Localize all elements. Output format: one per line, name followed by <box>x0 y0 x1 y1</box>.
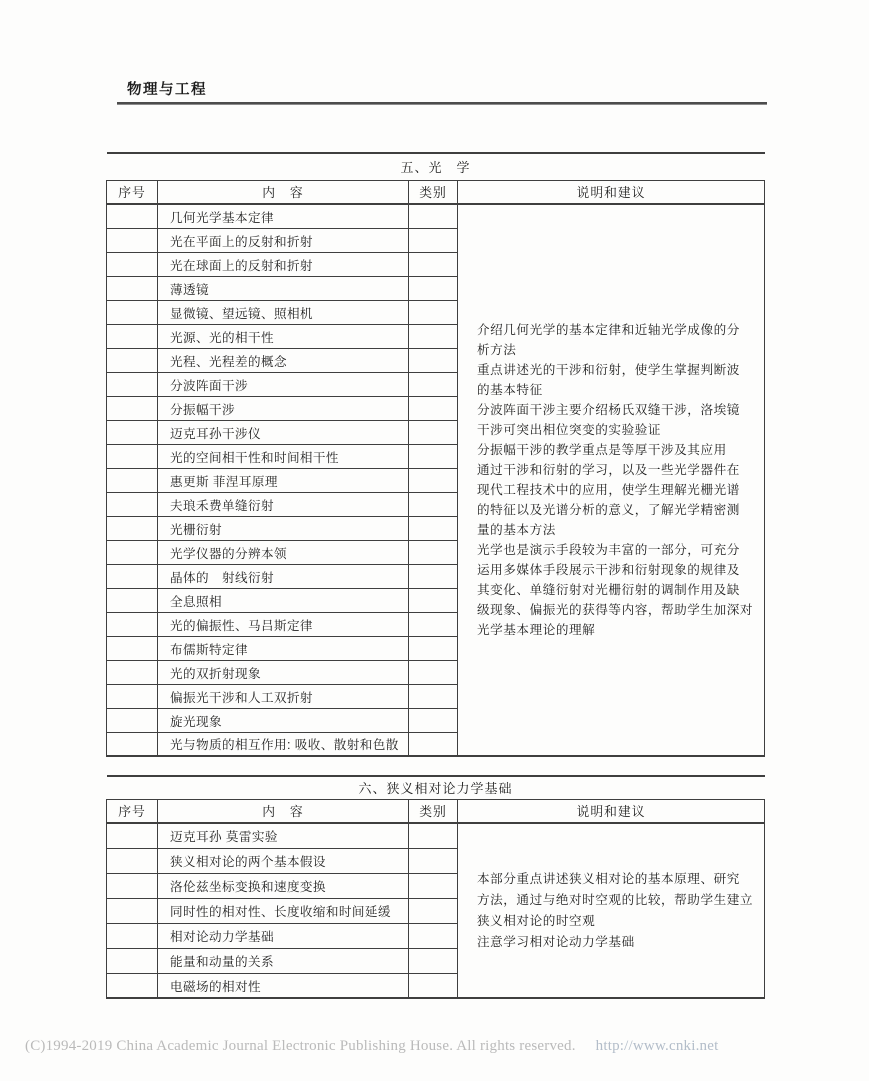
column-header-index: 序号 <box>107 180 158 204</box>
category-cell <box>409 372 458 396</box>
category-cell <box>409 564 458 588</box>
index-cell <box>107 372 158 396</box>
index-cell <box>107 823 158 848</box>
content-cell: 迈克耳孙 莫雷实验 <box>158 823 409 848</box>
table-title: 五、光 学 <box>107 153 765 180</box>
column-header-index: 序号 <box>107 799 158 823</box>
category-cell <box>409 823 458 848</box>
index-cell <box>107 732 158 756</box>
category-cell <box>409 948 458 973</box>
content-cell: 光栅衍射 <box>158 516 409 540</box>
content-cell: 显微镜、望远镜、照相机 <box>158 300 409 324</box>
index-cell <box>107 564 158 588</box>
content-cell: 光的偏振性、马吕斯定律 <box>158 612 409 636</box>
content-cell: 光程、光程差的概念 <box>158 348 409 372</box>
content-cell: 同时性的相对性、长度收缩和时间延缓 <box>158 898 409 923</box>
content-cell: 全息照相 <box>158 588 409 612</box>
content-cell: 光在平面上的反射和折射 <box>158 228 409 252</box>
category-cell <box>409 898 458 923</box>
index-cell <box>107 228 158 252</box>
category-cell <box>409 708 458 732</box>
page-footer: (C)1994-2019 China Academic Journal Elec… <box>25 1038 718 1055</box>
category-cell <box>409 516 458 540</box>
index-cell <box>107 636 158 660</box>
index-cell <box>107 588 158 612</box>
table-header-row: 序号 内 容 类别 说明和建议 <box>107 799 765 823</box>
scanned-document-page: 物理与工程 五、光 学 序号 内 容 类别 说明和建议 几何光学基本定律介绍几何… <box>0 0 869 1081</box>
relativity-syllabus-table: 六、狭义相对论力学基础 序号 内 容 类别 说明和建议 迈克耳孙 莫雷实验本部分… <box>106 775 765 999</box>
column-header-content: 内 容 <box>158 799 409 823</box>
content-cell: 相对论动力学基础 <box>158 923 409 948</box>
category-cell <box>409 300 458 324</box>
category-cell <box>409 684 458 708</box>
header-double-rule <box>117 102 767 105</box>
category-cell <box>409 588 458 612</box>
content-cell: 薄透镜 <box>158 276 409 300</box>
table-title: 六、狭义相对论力学基础 <box>107 776 765 799</box>
index-cell <box>107 948 158 973</box>
content-cell: 光源、光的相干性 <box>158 324 409 348</box>
copyright-text: (C)1994-2019 China Academic Journal Elec… <box>25 1038 576 1054</box>
category-cell <box>409 732 458 756</box>
column-header-notes: 说明和建议 <box>458 799 765 823</box>
category-cell <box>409 252 458 276</box>
cnki-url: http://www.cnki.net <box>596 1038 719 1054</box>
category-cell <box>409 873 458 898</box>
index-cell <box>107 516 158 540</box>
category-cell <box>409 204 458 228</box>
category-cell <box>409 492 458 516</box>
content-cell: 晶体的 射线衍射 <box>158 564 409 588</box>
page-content: 五、光 学 序号 内 容 类别 说明和建议 几何光学基本定律介绍几何光学的基本定… <box>106 152 764 999</box>
index-cell <box>107 540 158 564</box>
index-cell <box>107 300 158 324</box>
content-cell: 几何光学基本定律 <box>158 204 409 228</box>
content-cell: 布儒斯特定律 <box>158 636 409 660</box>
index-cell <box>107 612 158 636</box>
index-cell <box>107 492 158 516</box>
category-cell <box>409 396 458 420</box>
column-header-category: 类别 <box>409 180 458 204</box>
notes-cell: 介绍几何光学的基本定律和近轴光学成像的分 析方法 重点讲述光的干涉和衍射，使学生… <box>458 204 765 756</box>
index-cell <box>107 420 158 444</box>
index-cell <box>107 276 158 300</box>
table-row: 迈克耳孙 莫雷实验本部分重点讲述狭义相对论的基本原理、研究 方法，通过与绝对时空… <box>107 823 765 848</box>
category-cell <box>409 324 458 348</box>
index-cell <box>107 204 158 228</box>
optics-syllabus-table: 五、光 学 序号 内 容 类别 说明和建议 几何光学基本定律介绍几何光学的基本定… <box>106 152 765 757</box>
column-header-category: 类别 <box>409 799 458 823</box>
category-cell <box>409 348 458 372</box>
content-cell: 洛伦兹坐标变换和速度变换 <box>158 873 409 898</box>
category-cell <box>409 468 458 492</box>
content-cell: 能量和动量的关系 <box>158 948 409 973</box>
category-cell <box>409 540 458 564</box>
content-cell: 分波阵面干涉 <box>158 372 409 396</box>
table-body: 几何光学基本定律介绍几何光学的基本定律和近轴光学成像的分 析方法 重点讲述光的干… <box>107 204 765 756</box>
table-row: 几何光学基本定律介绍几何光学的基本定律和近轴光学成像的分 析方法 重点讲述光的干… <box>107 204 765 228</box>
table-body: 迈克耳孙 莫雷实验本部分重点讲述狭义相对论的基本原理、研究 方法，通过与绝对时空… <box>107 823 765 998</box>
category-cell <box>409 660 458 684</box>
content-cell: 旋光现象 <box>158 708 409 732</box>
index-cell <box>107 660 158 684</box>
journal-title: 物理与工程 <box>127 78 207 99</box>
table-header-row: 序号 内 容 类别 说明和建议 <box>107 180 765 204</box>
content-cell: 光与物质的相互作用: 吸收、散射和色散 <box>158 732 409 756</box>
category-cell <box>409 420 458 444</box>
category-cell <box>409 973 458 998</box>
content-cell: 偏振光干涉和人工双折射 <box>158 684 409 708</box>
index-cell <box>107 684 158 708</box>
table-title-row: 五、光 学 <box>107 153 765 180</box>
content-cell: 光的空间相干性和时间相干性 <box>158 444 409 468</box>
content-cell: 夫琅禾费单缝衍射 <box>158 492 409 516</box>
content-cell: 光学仪器的分辨本领 <box>158 540 409 564</box>
index-cell <box>107 973 158 998</box>
category-cell <box>409 444 458 468</box>
index-cell <box>107 873 158 898</box>
content-cell: 狭义相对论的两个基本假设 <box>158 848 409 873</box>
content-cell: 惠更斯 菲涅耳原理 <box>158 468 409 492</box>
content-cell: 光在球面上的反射和折射 <box>158 252 409 276</box>
index-cell <box>107 708 158 732</box>
category-cell <box>409 228 458 252</box>
category-cell <box>409 636 458 660</box>
index-cell <box>107 252 158 276</box>
index-cell <box>107 324 158 348</box>
index-cell <box>107 898 158 923</box>
table-title-row: 六、狭义相对论力学基础 <box>107 776 765 799</box>
index-cell <box>107 348 158 372</box>
content-cell: 电磁场的相对性 <box>158 973 409 998</box>
category-cell <box>409 612 458 636</box>
index-cell <box>107 923 158 948</box>
category-cell <box>409 848 458 873</box>
index-cell <box>107 396 158 420</box>
content-cell: 迈克耳孙干涉仪 <box>158 420 409 444</box>
column-header-content: 内 容 <box>158 180 409 204</box>
category-cell <box>409 276 458 300</box>
notes-cell: 本部分重点讲述狭义相对论的基本原理、研究 方法，通过与绝对时空观的比较，帮助学生… <box>458 823 765 998</box>
index-cell <box>107 468 158 492</box>
content-cell: 光的双折射现象 <box>158 660 409 684</box>
index-cell <box>107 444 158 468</box>
index-cell <box>107 848 158 873</box>
category-cell <box>409 923 458 948</box>
content-cell: 分振幅干涉 <box>158 396 409 420</box>
column-header-notes: 说明和建议 <box>458 180 765 204</box>
